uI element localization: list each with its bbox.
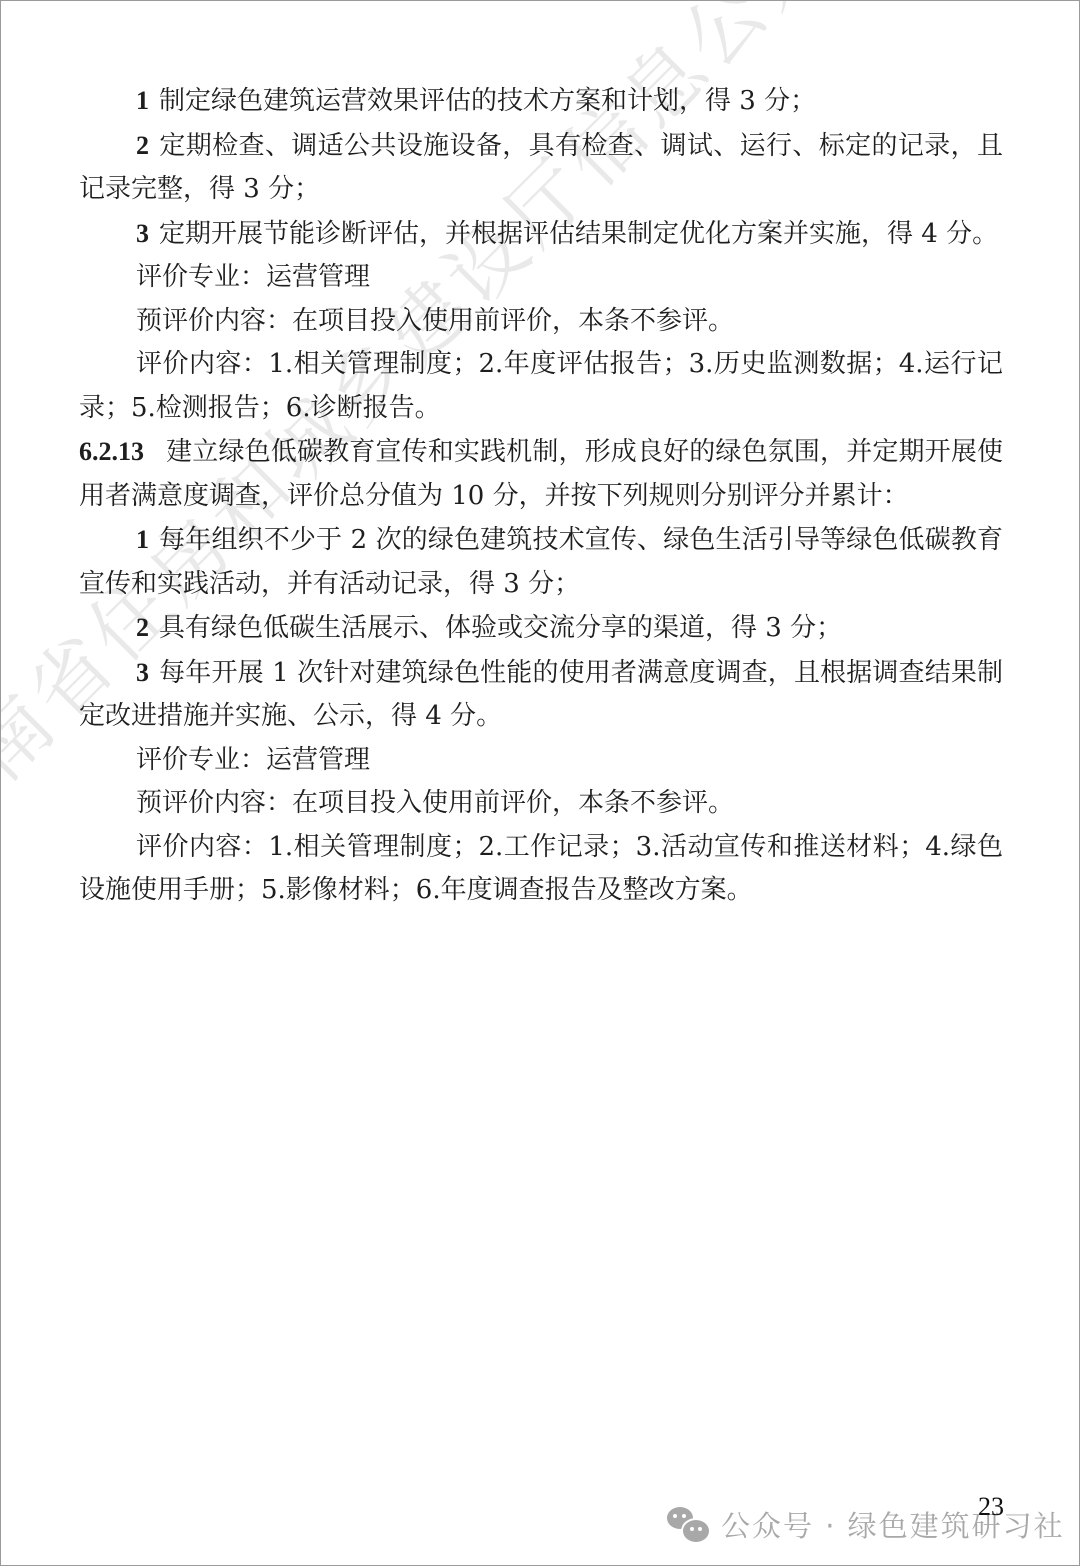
evaluation-discipline: 评价专业：运营管理 [79, 256, 1003, 300]
page-number: 23 [978, 1492, 1004, 1522]
document-page: 河南省住房和城乡建设厅信息公开浏览专用 1制定绿色建筑运营效果评估的技术方案和计… [0, 0, 1080, 1566]
clause-item-2: 2具有绿色低碳生活展示、体验或交流分享的渠道，得 3 分； [79, 606, 1003, 651]
wechat-account-label: 公众号 · 绿色建筑研习社 [721, 1504, 1065, 1545]
clause-evaluation-discipline: 评价专业：运营管理 [79, 739, 1003, 783]
clause-text: 建立绿色低碳教育宣传和实践机制，形成良好的绿色氛围，并定期开展使用者满意度调查，… [79, 437, 1003, 511]
document-body: 1制定绿色建筑运营效果评估的技术方案和计划，得 3 分； 2定期检查、调适公共设… [79, 79, 1003, 913]
clause-item-1: 1每年组织不少于 2 次的绿色建筑技术宣传、绿色生活引导等绿色低碳教育宣传和实践… [79, 518, 1003, 606]
clause-pre-evaluation-content: 预评价内容：在项目投入使用前评价，本条不参评。 [79, 782, 1003, 826]
wechat-icon [667, 1505, 711, 1545]
evaluation-content: 评价内容：1.相关管理制度；2.年度评估报告；3.历史监测数据；4.运行记录；5… [79, 343, 1003, 430]
clause-number: 6.2.13 [79, 437, 144, 466]
scoring-item-3: 3定期开展节能诊断评估，并根据评估结果制定优化方案并实施，得 4 分。 [79, 212, 1003, 257]
scoring-item-1: 1制定绿色建筑运营效果评估的技术方案和计划，得 3 分； [79, 79, 1003, 124]
scoring-item-2: 2定期检查、调适公共设施设备，具有检查、调试、运行、标定的记录，且记录完整，得 … [79, 124, 1003, 212]
clause-item-3: 3每年开展 1 次针对建筑绿色性能的使用者满意度调查，且根据调查结果制定改进措施… [79, 651, 1003, 739]
pre-evaluation-content: 预评价内容：在项目投入使用前评价，本条不参评。 [79, 300, 1003, 344]
clause-6-2-13: 6.2.13建立绿色低碳教育宣传和实践机制，形成良好的绿色氛围，并定期开展使用者… [79, 430, 1003, 518]
wechat-account-mark: 公众号 · 绿色建筑研习社 [667, 1504, 1065, 1545]
clause-evaluation-content: 评价内容：1.相关管理制度；2.工作记录；3.活动宣传和推送材料；4.绿色设施使… [79, 826, 1003, 913]
